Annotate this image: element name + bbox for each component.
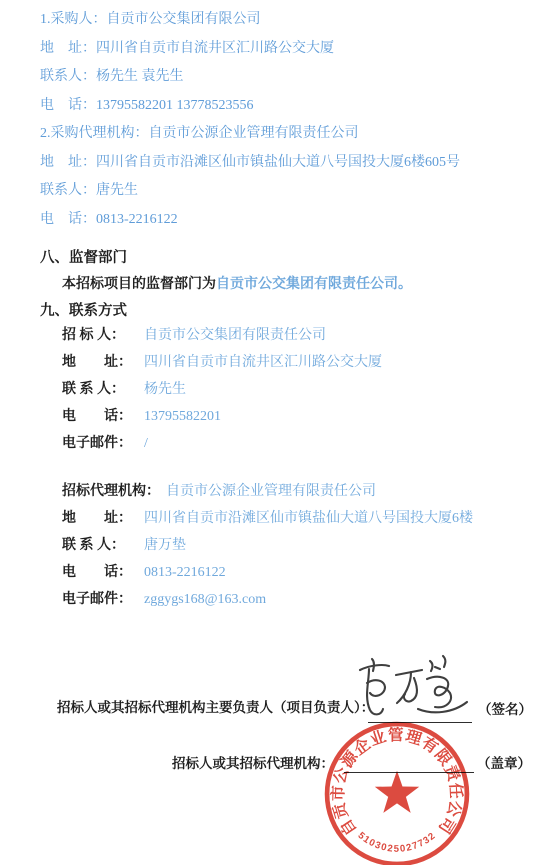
field-label: 电 话： <box>40 212 96 227</box>
paragraph-text: 本招标项目的监督部门为 <box>62 277 216 292</box>
signature-stroke <box>367 669 383 714</box>
field-label: 电 话： <box>62 560 144 587</box>
field-label: 电 话： <box>40 98 96 113</box>
field-value: zggygs168@163.com <box>144 587 266 614</box>
supervision-department-name: 自贡市公交集团有限责任公司 <box>216 277 398 292</box>
purchaser-line: 电 话：13795582201 13778523556 <box>40 92 334 121</box>
contact-row: 地 址：四川省自贡市沿滩区仙市镇盐仙大道八号国投大厦6楼 <box>62 506 473 533</box>
supervision-paragraph: 本招标项目的监督部门为自贡市公交集团有限责任公司。 <box>62 271 412 299</box>
agency-line: 2.采购代理机构：自贡市公源企业管理有限责任公司 <box>40 120 460 149</box>
contact-row: 电 话：0813-2216122 <box>62 560 473 587</box>
contact-row: 联 系 人：杨先生 <box>62 377 382 404</box>
contact-row: 电子邮件：zggygs168@163.com <box>62 587 473 614</box>
document-page: 1.采购人：自贡市公交集团有限公司 地 址：四川省自贡市自流井区汇川路公交大厦 … <box>0 0 550 865</box>
field-value: 自贡市公交集团有限责任公司 <box>144 323 326 350</box>
field-label: 联 系 人： <box>62 377 144 404</box>
sign-suffix-label: （签名） <box>478 696 532 724</box>
seal-star-icon <box>375 771 419 813</box>
field-value: 自贡市公源企业管理有限责任公司 <box>166 479 376 506</box>
field-value: 四川省自贡市自流井区汇川路公交大厦 <box>144 350 382 377</box>
signature-stroke <box>443 656 445 667</box>
field-label: 电 话： <box>62 404 144 431</box>
purchaser-line: 地 址：四川省自贡市自流井区汇川路公交大厦 <box>40 35 334 64</box>
field-value: 唐万垫 <box>144 533 186 560</box>
contact-row: 联 系 人：唐万垫 <box>62 533 473 560</box>
purchaser-block: 1.采购人：自贡市公交集团有限公司 地 址：四川省自贡市自流井区汇川路公交大厦 … <box>40 6 334 120</box>
field-label: 招 标 人： <box>62 323 144 350</box>
field-label: 1.采购人： <box>40 12 107 27</box>
handwritten-signature <box>356 652 480 726</box>
signature-stroke <box>396 670 422 675</box>
field-label: 联系人： <box>40 183 96 198</box>
field-value: 13795582201 13778523556 <box>96 98 254 113</box>
field-value: 0813-2216122 <box>144 560 226 587</box>
field-label: 地 址： <box>40 41 96 56</box>
signature-stroke <box>367 680 385 696</box>
organization-label: 招标人或其招标代理机构： <box>172 750 334 778</box>
field-label: 地 址： <box>40 155 96 170</box>
procurement-agency-block: 2.采购代理机构：自贡市公源企业管理有限责任公司 地 址：四川省自贡市沿滩区仙市… <box>40 120 460 234</box>
contact-row: 地 址：四川省自贡市自流井区汇川路公交大厦 <box>62 350 382 377</box>
field-label: 地 址： <box>62 506 144 533</box>
agency-line: 电 话：0813-2216122 <box>40 206 460 235</box>
field-value: 0813-2216122 <box>96 212 178 227</box>
field-value: 13795582201 <box>144 404 221 431</box>
field-value: 四川省自贡市自流井区汇川路公交大厦 <box>96 41 334 56</box>
contact-row: 招标代理机构：自贡市公源企业管理有限责任公司 <box>62 479 473 506</box>
field-label: 招标代理机构： <box>62 479 160 506</box>
seal-suffix-label: （盖章） <box>477 750 531 778</box>
agency-line: 联系人：唐先生 <box>40 177 460 206</box>
company-seal: 自贡市公源企业管理有限责任公司 5103025027732 <box>322 719 472 865</box>
purchaser-line: 1.采购人：自贡市公交集团有限公司 <box>40 6 334 35</box>
field-value: 杨先生 <box>144 377 186 404</box>
tenderer-contact-list: 招 标 人：自贡市公交集团有限责任公司 地 址：四川省自贡市自流井区汇川路公交大… <box>62 323 382 458</box>
field-label: 联系人： <box>40 69 96 84</box>
agency-line: 地 址：四川省自贡市沿滩区仙市镇盐仙大道八号国投大厦6楼605号 <box>40 149 460 178</box>
field-label: 地 址： <box>62 350 144 377</box>
section-heading-contact: 九、联系方式 <box>40 297 127 325</box>
field-value: / <box>144 431 148 458</box>
field-value: 杨先生 袁先生 <box>96 69 184 84</box>
field-label: 联 系 人： <box>62 533 144 560</box>
field-label: 2.采购代理机构： <box>40 126 149 141</box>
field-label: 电子邮件： <box>62 587 144 614</box>
field-label: 电子邮件： <box>62 431 144 458</box>
field-value: 四川省自贡市沿滩区仙市镇盐仙大道八号国投大厦6楼 <box>144 506 473 533</box>
field-value: 自贡市公源企业管理有限责任公司 <box>149 126 359 141</box>
contact-row: 电子邮件：/ <box>62 431 382 458</box>
contact-row: 电 话：13795582201 <box>62 404 382 431</box>
field-value: 四川省自贡市沿滩区仙市镇盐仙大道八号国投大厦6楼605号 <box>96 155 460 170</box>
seal-number-text: 5103025027732 <box>356 830 438 855</box>
agent-contact-list: 招标代理机构：自贡市公源企业管理有限责任公司 地 址：四川省自贡市沿滩区仙市镇盐… <box>62 479 473 614</box>
field-value: 自贡市公交集团有限公司 <box>107 12 261 27</box>
signature-stroke <box>435 667 440 669</box>
field-value: 唐先生 <box>96 183 138 198</box>
paragraph-period: 。 <box>398 277 412 292</box>
contact-row: 招 标 人：自贡市公交集团有限责任公司 <box>62 323 382 350</box>
section-heading-supervision: 八、监督部门 <box>40 244 127 272</box>
signature-stroke <box>427 677 451 708</box>
responsible-person-label: 招标人或其招标代理机构主要负责人（项目负责人）： <box>57 694 374 722</box>
signature-stroke <box>430 661 432 671</box>
purchaser-line: 联系人：杨先生 袁先生 <box>40 63 334 92</box>
